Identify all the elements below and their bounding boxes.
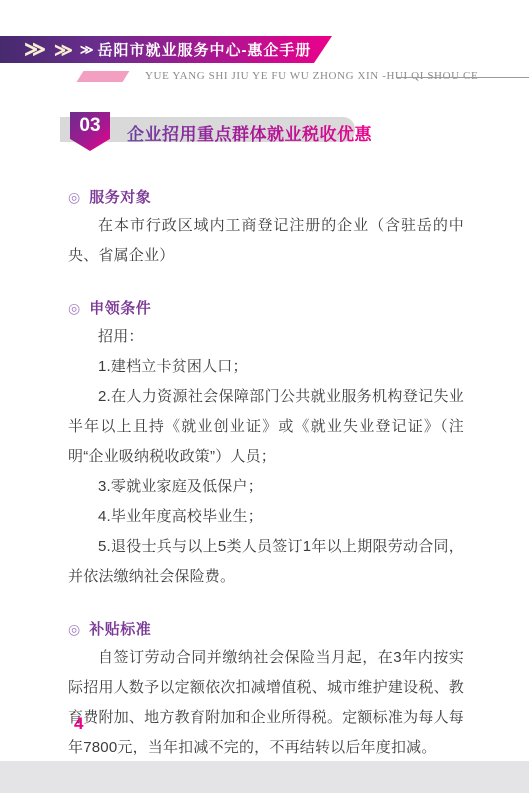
list-item: 3.零就业家庭及低保户； — [68, 472, 464, 502]
section-number-badge: 03 — [70, 112, 110, 151]
paragraph: 自签订劳动合同并缴纳社会保险当月起，在3年内按实际招用人数予以定额依次扣减增值税… — [68, 643, 464, 763]
section-title: 企业招用重点群体就业税收优惠 — [127, 120, 372, 145]
section-application-conditions: ◎ 申领条件 招用： 1.建档立卡贫困人口； 2.在人力资源社会保障部门公共就业… — [68, 297, 464, 592]
chevron-right-icon: ≫ — [80, 43, 94, 56]
section-heading-label: 申领条件 — [89, 297, 151, 318]
pink-parallelogram-decoration — [77, 71, 130, 82]
header-divider-line — [396, 77, 529, 78]
page-number: 4 — [74, 714, 83, 734]
section-heading: ◎ 申领条件 — [68, 297, 464, 318]
page-edge-background — [0, 761, 529, 793]
section-heading: ◎ 服务对象 — [68, 186, 464, 207]
list-item: 2.在人力资源社会保障部门公共就业服务机构登记失业半年以上且持《就业创业证》或《… — [68, 382, 464, 472]
list-item: 4.毕业年度高校毕业生； — [68, 502, 464, 532]
section-subsidy-standard: ◎ 补贴标准 自签订劳动合同并缴纳社会保险当月起，在3年内按实际招用人数予以定额… — [68, 618, 464, 763]
page-content: ◎ 服务对象 在本市行政区域内工商登记注册的企业（含驻岳的中央、省属企业） ◎ … — [68, 186, 464, 789]
list-item: 5.退役士兵与以上5类人员签订1年以上期限劳动合同，并依法缴纳社会保险费。 — [68, 532, 464, 592]
section-heading-label: 补贴标准 — [89, 618, 151, 639]
section-heading-label: 服务对象 — [89, 186, 151, 207]
header-banner: ≫ ≫ ≫ 岳阳市就业服务中心-惠企手册 — [0, 36, 332, 63]
section-heading: ◎ 补贴标准 — [68, 618, 464, 639]
paragraph: 在本市行政区域内工商登记注册的企业（含驻岳的中央、省属企业） — [68, 211, 464, 271]
pinyin-subtitle: YUE YANG SHI JIU YE FU WU ZHONG XIN -HUI… — [145, 70, 478, 82]
paragraph: 招用： — [68, 322, 464, 352]
bullseye-bullet-icon: ◎ — [68, 187, 80, 207]
list-item: 1.建档立卡贫困人口； — [68, 352, 464, 382]
bullseye-bullet-icon: ◎ — [68, 298, 80, 318]
chevron-right-icon: ≫ — [24, 39, 46, 60]
chevron-right-icon: ≫ — [54, 41, 73, 59]
banner-title: 岳阳市就业服务中心-惠企手册 — [97, 39, 311, 60]
section-service-target: ◎ 服务对象 在本市行政区域内工商登记注册的企业（含驻岳的中央、省属企业） — [68, 186, 464, 271]
handbook-page: { "header": { "chevrons": ["≫", "≫", "≫"… — [0, 0, 529, 793]
bullseye-bullet-icon: ◎ — [68, 619, 80, 639]
